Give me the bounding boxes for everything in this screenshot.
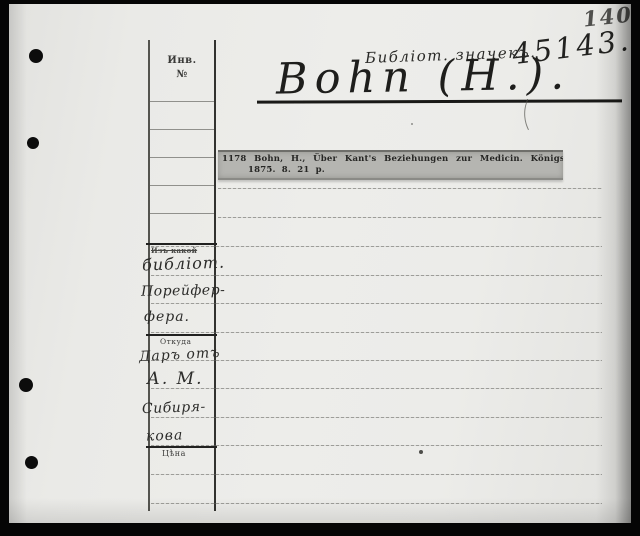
inventory-number-header: Инв. № xyxy=(150,54,214,82)
ruled-line xyxy=(151,388,602,389)
column-cell-line xyxy=(150,157,214,158)
punch-hole xyxy=(27,137,39,149)
ruled-line xyxy=(151,275,602,276)
origin-label: Откуда xyxy=(160,337,192,346)
numero-sign: № xyxy=(150,68,214,82)
ruled-line xyxy=(151,303,602,304)
punch-hole xyxy=(25,456,38,469)
clipping-entry-line: 1875. 8. 21 p. xyxy=(248,165,563,176)
section-divider xyxy=(146,334,217,336)
source-note-line: Порейфер- xyxy=(141,282,226,299)
column-cell-line xyxy=(150,129,214,130)
ruled-line xyxy=(151,474,602,475)
pasted-catalog-clipping: 1178 Bohn, H., Über Kant's Beziehungen z… xyxy=(218,150,563,180)
origin-note-line: А. М. xyxy=(147,369,204,389)
ruled-line xyxy=(218,217,602,218)
column-cell-line xyxy=(150,185,214,186)
origin-note-line: кова xyxy=(146,427,184,444)
ruled-line xyxy=(151,332,602,333)
punch-hole xyxy=(29,49,43,63)
ruled-line xyxy=(151,417,602,418)
punch-hole xyxy=(19,378,33,392)
column-cell-line xyxy=(150,213,214,214)
dust-speck xyxy=(411,123,413,125)
ruled-line xyxy=(218,188,602,189)
scanned-catalog-card: Инв. № Изъ какой Откуда Цѣна библіот. По… xyxy=(0,0,640,536)
section-divider xyxy=(146,446,217,448)
section-divider xyxy=(146,243,217,245)
origin-note-line: Сибиря- xyxy=(142,399,206,417)
card-title: Bohn (H.). xyxy=(276,49,572,104)
ruled-line xyxy=(151,503,602,504)
source-note-line: библіот. xyxy=(142,253,226,275)
price-label: Цѣна xyxy=(162,449,186,458)
inventory-label: Инв. xyxy=(150,54,214,68)
ruled-line xyxy=(151,246,602,247)
column-cell-line xyxy=(150,101,214,102)
ruled-line xyxy=(151,445,602,446)
clipping-entry-line: 1178 Bohn, H., Über Kant's Beziehungen z… xyxy=(222,154,563,165)
dust-speck xyxy=(419,450,423,454)
source-note-line: фера. xyxy=(144,309,190,325)
